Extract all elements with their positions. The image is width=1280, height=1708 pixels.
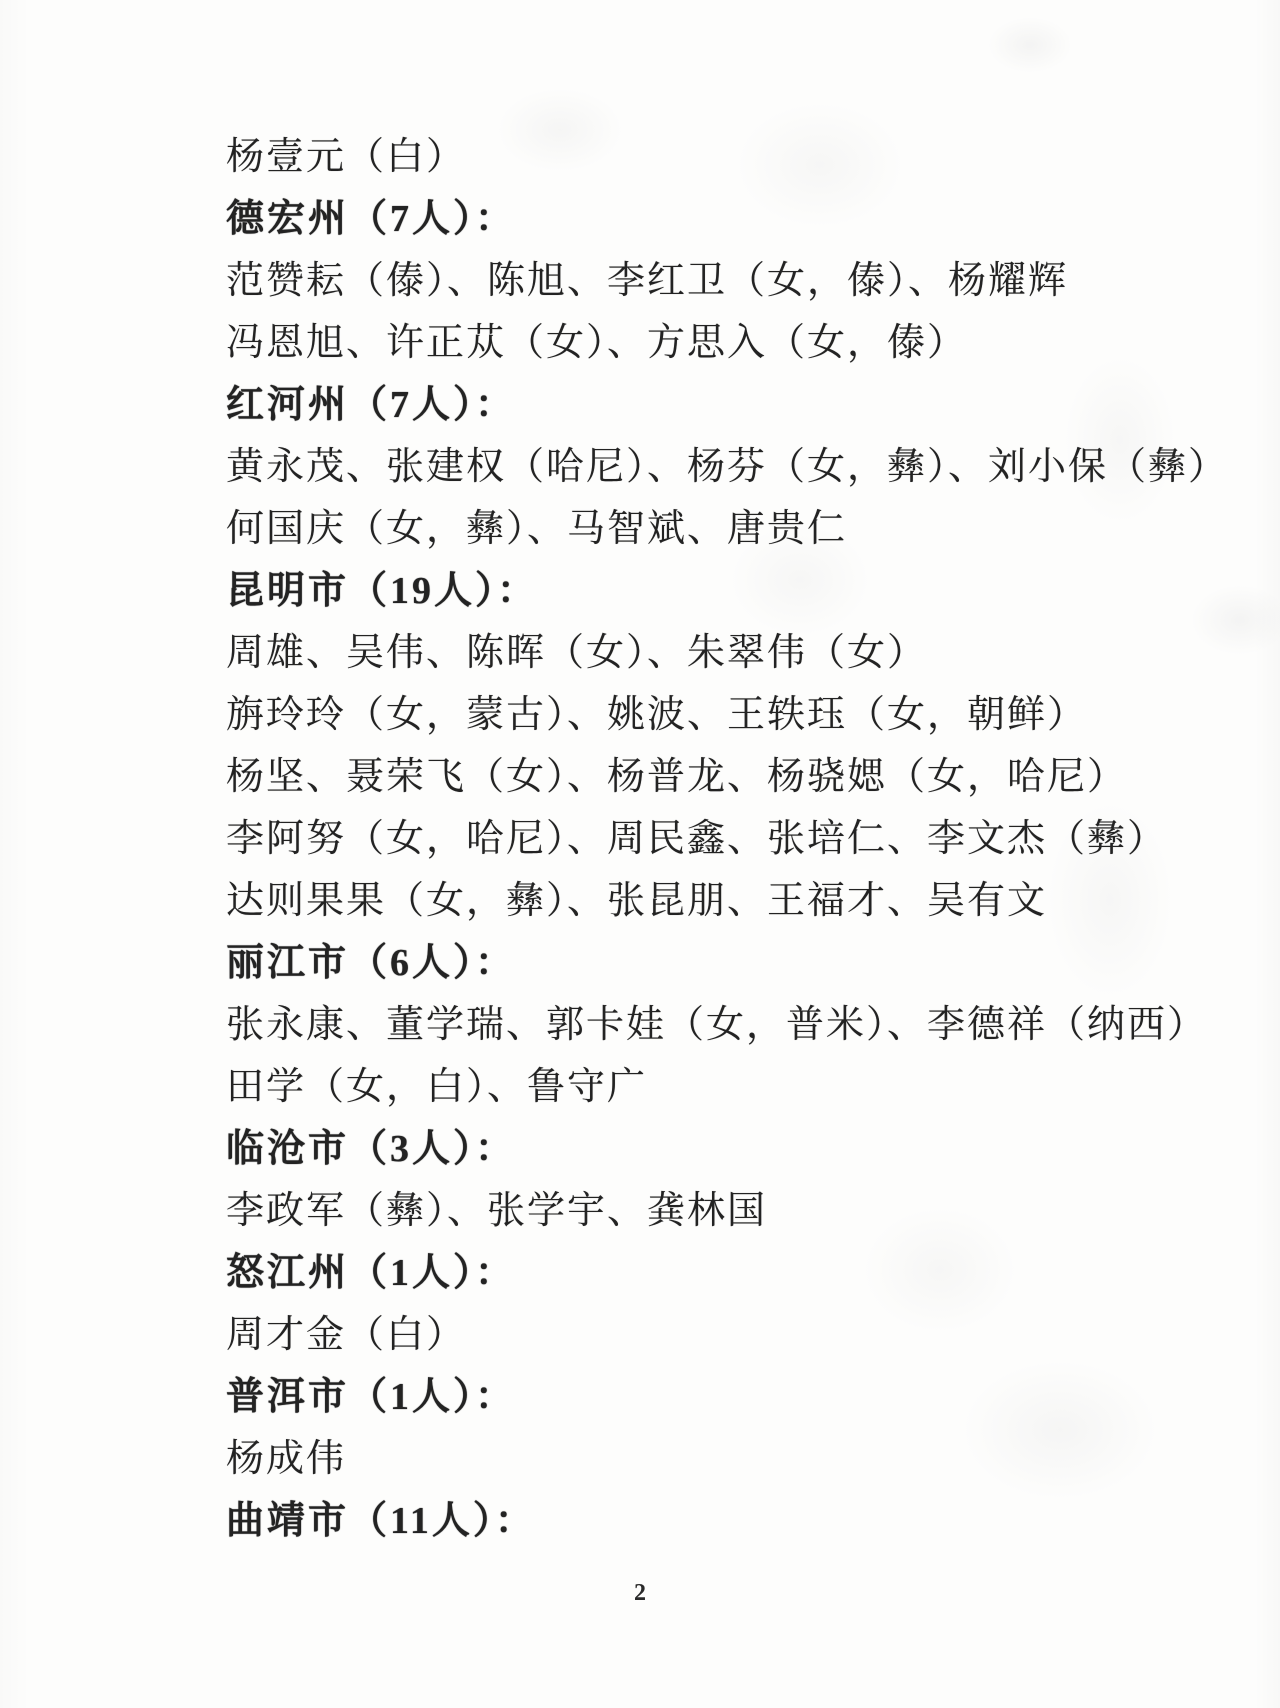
- name-line: 周才金（白）: [226, 1304, 1240, 1366]
- page-number: 2: [0, 1580, 1280, 1607]
- name-line: 李阿努（女，哈尼）、周民鑫、张培仁、李文杰（彝）: [226, 808, 1240, 870]
- name-line: 冯恩旭、许正苁（女）、方思入（女，傣）: [226, 312, 1240, 374]
- section-header: 怒江州（1人）：: [226, 1242, 1240, 1304]
- name-line: 黄永茂、张建权（哈尼）、杨芬（女，彝）、刘小保（彝）: [226, 436, 1240, 498]
- name-line: 范赞耘（傣）、陈旭、李红卫（女，傣）、杨耀辉: [226, 250, 1240, 312]
- name-line: 杨壹元（白）: [226, 126, 1240, 188]
- section-header: 德宏州（7人）：: [226, 188, 1240, 250]
- name-line: 周雄、吴伟、陈晖（女）、朱翠伟（女）: [226, 622, 1240, 684]
- name-line: 旃玲玲（女，蒙古）、姚波、王轶珏（女，朝鲜）: [226, 684, 1240, 746]
- name-line: 杨成伟: [226, 1428, 1240, 1490]
- section-header: 普洱市（1人）：: [226, 1366, 1240, 1428]
- section-header: 曲靖市（11人）：: [226, 1490, 1240, 1552]
- section-header: 临沧市（3人）：: [226, 1118, 1240, 1180]
- section-header: 昆明市（19人）：: [226, 560, 1240, 622]
- name-line: 田学（女，白）、鲁守广: [226, 1056, 1240, 1118]
- section-header: 红河州（7人）：: [226, 374, 1240, 436]
- name-line: 李政军（彝）、张学宇、龚林国: [226, 1180, 1240, 1242]
- name-line: 达则果果（女，彝）、张昆朋、王福才、吴有文: [226, 870, 1240, 932]
- name-line: 杨坚、聂荣飞（女）、杨普龙、杨骁媤（女，哈尼）: [226, 746, 1240, 808]
- name-line: 张永康、董学瑞、郭卡娃（女，普米）、李德祥（纳西）: [226, 994, 1240, 1056]
- section-header: 丽江市（6人）：: [226, 932, 1240, 994]
- name-line: 何国庆（女，彝）、马智斌、唐贵仁: [226, 498, 1240, 560]
- document-body: 杨壹元（白） 德宏州（7人）： 范赞耘（傣）、陈旭、李红卫（女，傣）、杨耀辉 冯…: [226, 126, 1240, 1552]
